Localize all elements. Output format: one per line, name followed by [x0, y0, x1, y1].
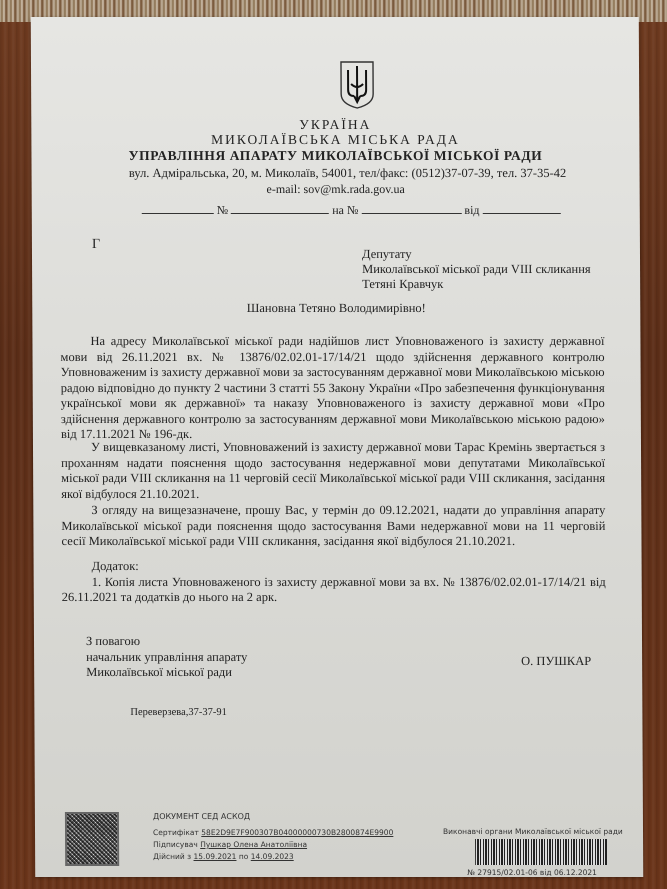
outgoing-number-field — [231, 202, 329, 214]
paragraph-1: На адресу Миколаївської міської ради над… — [60, 334, 605, 443]
corner-mark: Г — [92, 237, 100, 253]
certificate-label: Сертифікат — [153, 828, 199, 837]
in-reply-field — [361, 202, 461, 214]
from-label: від — [464, 203, 479, 217]
tryzub-coat-of-arms-icon — [339, 60, 375, 110]
addressee-line-3: Тетяні Кравчук — [362, 277, 591, 292]
in-reply-label: на № — [332, 203, 358, 217]
header-address: вул. Адміральська, 20, м. Миколаїв, 5400… — [44, 166, 652, 181]
attachment-block: Додаток: 1. Копія листа Уповноваженого і… — [62, 559, 606, 606]
addressee-line-1: Депутату — [362, 247, 591, 262]
outgoing-number-blank — [142, 202, 214, 214]
registration-organization: Виконавчі органи Миколаївської міської р… — [443, 827, 623, 836]
barcode-icon — [475, 839, 607, 865]
number-label: № — [217, 203, 229, 217]
header-department: УПРАВЛІННЯ АПАРАТУ МИКОЛАЇВСЬКОЇ МІСЬКОЇ… — [31, 148, 639, 164]
closing-organization: Миколаївської міської ради — [86, 665, 247, 681]
letter-page: УКРАЇНА МИКОЛАЇВСЬКА МІСЬКА РАДА УПРАВЛІ… — [31, 17, 644, 877]
signer-label: Підписувач — [153, 840, 198, 849]
e-signature-certificate: Сертифікат 58E2D9E7F900307B04000000730B2… — [153, 828, 393, 837]
closing-block: З повагою начальник управління апарату М… — [86, 634, 248, 681]
addressee-line-2: Миколаївської міської ради VIII скликанн… — [362, 262, 591, 277]
header-email: e-mail: sov@mk.rada.gov.ua — [32, 182, 640, 197]
valid-to-label: по — [239, 852, 249, 861]
valid-to-date: 14.09.2023 — [251, 852, 294, 861]
paragraph-3: З огляду на вищезазначене, прошу Вас, у … — [61, 503, 605, 550]
valid-from-date: 15.09.2021 — [193, 852, 236, 861]
greeting: Шановна Тетяно Володимирівно! — [32, 301, 640, 316]
valid-from-label: Дійсний з — [153, 852, 191, 861]
executor-contact: Переверзева,37-37-91 — [130, 707, 227, 718]
registration-number: № 27915/02.01-06 від 06.12.2021 — [467, 868, 597, 877]
closing-regards: З повагою — [86, 634, 247, 650]
signer-name: О. ПУШКАР — [521, 654, 591, 669]
e-signature-signer: Підписувач Пушкар Олена Анатоліївна — [153, 840, 307, 849]
attachment-label: Додаток: — [62, 559, 606, 575]
e-signature-title: ДОКУМЕНТ СЕД АСКОД — [153, 812, 250, 821]
qr-code-icon — [65, 812, 119, 866]
e-signature-validity: Дійсний з 15.09.2021 по 14.09.2023 — [153, 852, 294, 861]
closing-position: начальник управління апарату — [86, 650, 247, 666]
header-council: МИКОЛАЇВСЬКА МІСЬКА РАДА — [31, 132, 639, 148]
attachment-item-1: 1. Копія листа Уповноваженого із захисту… — [62, 575, 606, 606]
addressee-block: Депутату Миколаївської міської ради VIII… — [362, 247, 591, 292]
certificate-value: 58E2D9E7F900307B04000000730B2800874E9900 — [201, 828, 393, 837]
from-date-field — [482, 202, 560, 214]
paragraph-2: У вищевказаному листі, Уповноважений із … — [61, 440, 605, 502]
registration-line: № на № від — [142, 202, 572, 216]
header-country: УКРАЇНА — [31, 117, 639, 133]
signer-value: Пушкар Олена Анатоліївна — [200, 840, 307, 849]
